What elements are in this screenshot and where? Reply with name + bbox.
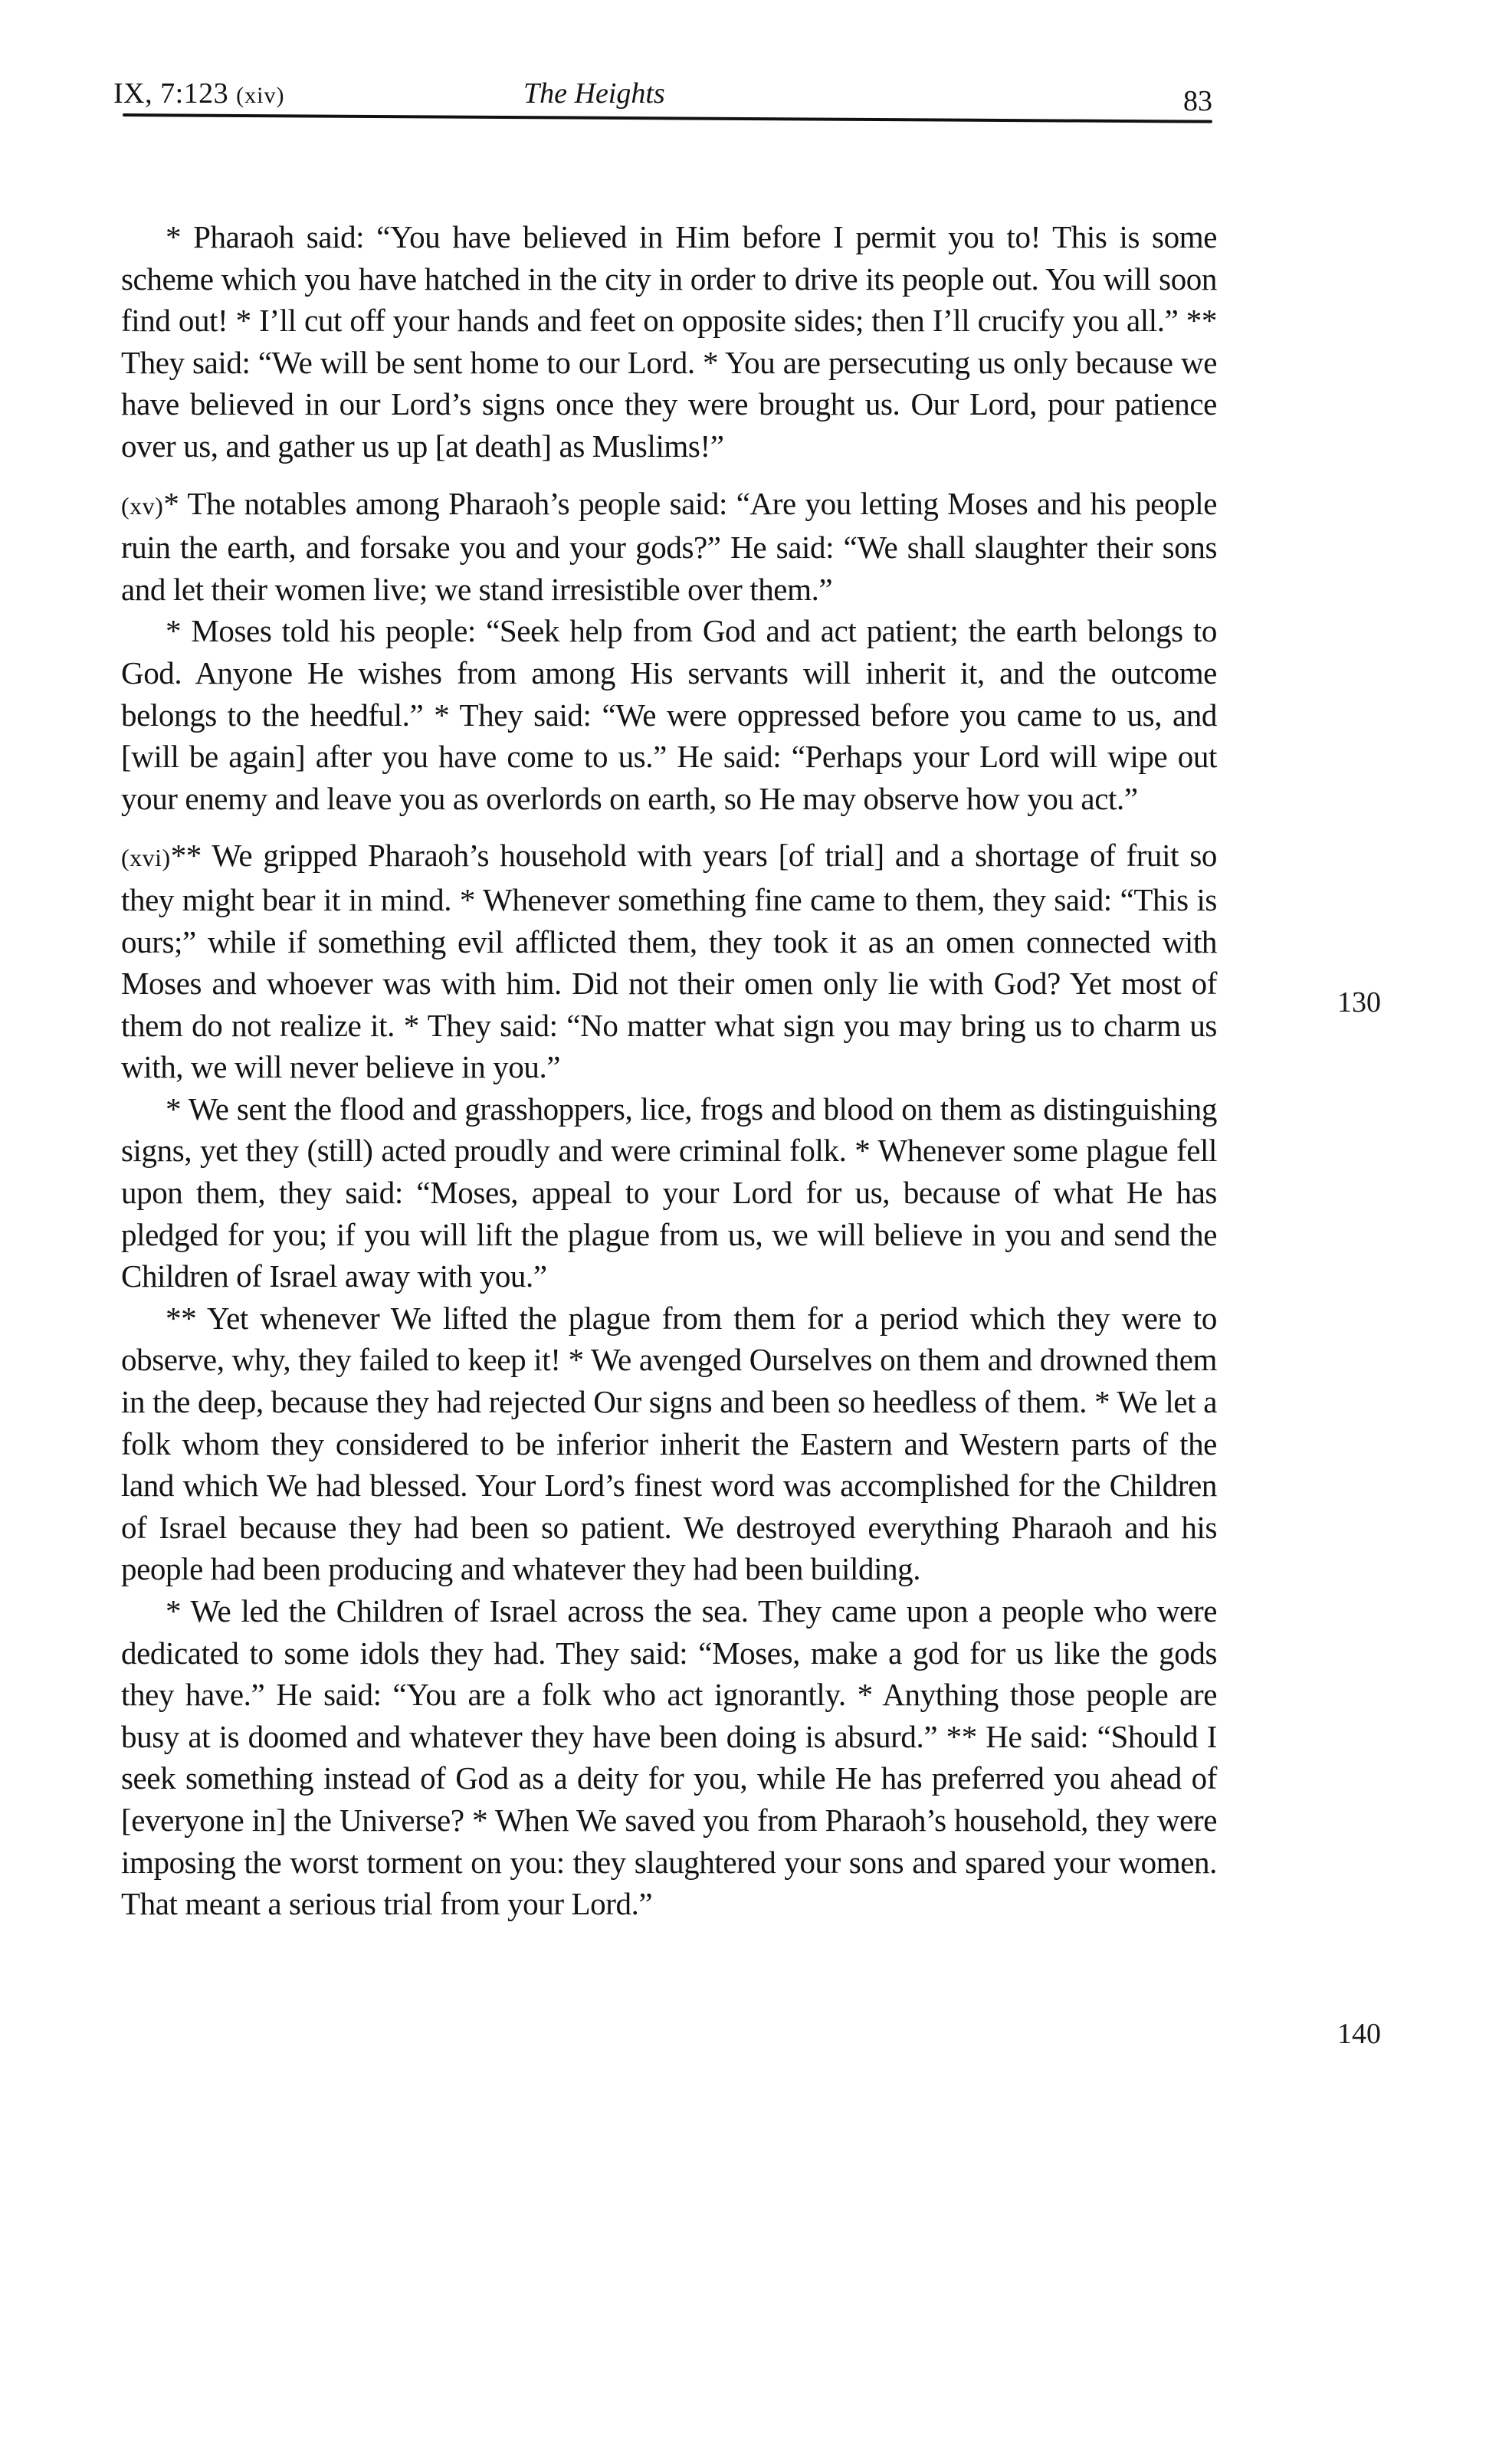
margin-verse-number: 140 xyxy=(1337,2017,1381,2051)
running-header: IX, 7:123 (xiv) The Heights 83 xyxy=(113,71,1212,116)
paragraph-5: * We sent the flood and grasshoppers, li… xyxy=(121,1088,1217,1297)
header-title: The Heights xyxy=(523,71,665,116)
page-number: 83 xyxy=(1183,78,1212,124)
paragraph-text: * Pharaoh said: “You have believed in Hi… xyxy=(121,219,1217,464)
margin-verse-number: 130 xyxy=(1337,986,1381,1019)
section-marker: (xvi) xyxy=(121,844,171,871)
paragraph-7: * We led the Children of Israel across t… xyxy=(121,1590,1217,1925)
body-text: * Pharaoh said: “You have believed in Hi… xyxy=(121,216,1217,1925)
book-page: IX, 7:123 (xiv) The Heights 83 * Pharaoh… xyxy=(0,0,1512,2447)
paragraph-text: * The notables among Pharaoh’s people sa… xyxy=(121,486,1217,607)
paragraph-text: * We led the Children of Israel across t… xyxy=(121,1593,1217,1921)
paragraph-3: * Moses told his people: “Seek help from… xyxy=(121,610,1217,819)
paragraph-text: ** We gripped Pharaoh’s household with y… xyxy=(121,838,1217,1084)
paragraph-2: (xv)* The notables among Pharaoh’s peopl… xyxy=(121,483,1217,611)
paragraph-6: ** Yet whenever We lifted the plague fro… xyxy=(121,1297,1217,1590)
header-location-prefix: IX, 7:123 xyxy=(113,77,236,110)
paragraph-text: ** Yet whenever We lifted the plague fro… xyxy=(121,1301,1217,1587)
paragraph-1: * Pharaoh said: “You have believed in Hi… xyxy=(121,216,1217,467)
paragraph-4: (xvi)** We gripped Pharaoh’s household w… xyxy=(121,835,1217,1088)
paragraph-text: * We sent the flood and grasshoppers, li… xyxy=(121,1091,1217,1294)
header-section-roman: (xiv) xyxy=(236,83,284,108)
paragraph-text: * Moses told his people: “Seek help from… xyxy=(121,613,1217,815)
section-marker: (xv) xyxy=(121,492,163,520)
header-location: IX, 7:123 (xiv) xyxy=(113,71,284,119)
